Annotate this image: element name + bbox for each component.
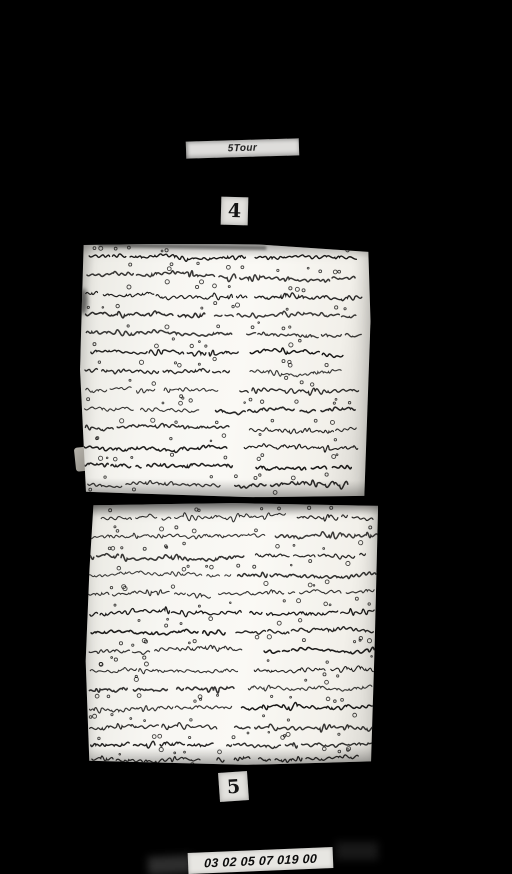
smudge-left [148,855,193,874]
film-header-label: 5Tour [186,138,299,158]
page-number-card-4: 4 [221,197,249,226]
page-number-4: 4 [228,200,242,222]
frame-code-strip: 03 02 05 07 019 00 [188,847,334,874]
film-header-text: 5Tour [228,143,258,155]
handwriting-lower [83,502,380,766]
frame-code-text: 03 02 05 07 019 00 [204,851,317,870]
smudge-right [336,842,378,860]
page-number-card-5: 5 [218,771,249,802]
page-number-5: 5 [226,775,241,798]
manuscript-upper-page [79,242,372,498]
manuscript-lower-page [83,502,380,766]
handwriting-upper [79,242,372,498]
microfilm-frame: 5Tour 4 5 03 02 05 07 019 00 [0,0,512,874]
